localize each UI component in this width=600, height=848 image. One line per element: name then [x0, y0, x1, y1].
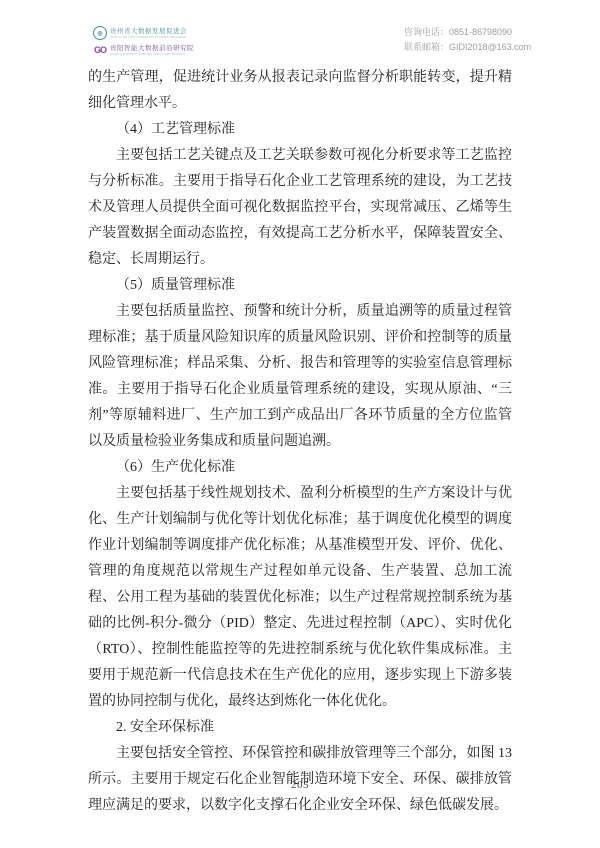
association-subtitle: Guizhou Big Data Development Promotion A…	[110, 35, 186, 39]
association-logo: ◎ 贵州省大数据发展促进会 Guizhou Big Data Developme…	[93, 26, 195, 40]
institute-logo: GO 贵阳智能大数据前沿研究院 Guiyang Institute of Sma…	[93, 43, 195, 57]
heading-quality-management: （5）质量管理标准	[88, 273, 512, 299]
contact-email: 联系邮箱：GIDI2018@163.com	[404, 40, 531, 55]
heading-safety-environment: 2. 安全环保标准	[88, 715, 512, 741]
paragraph-quality-management: 主要包括质量监控、预警和统计分析，质量追溯等的质量过程管理标准；基于质量风险知识…	[88, 299, 512, 455]
paragraph-process-management: 主要包括工艺关键点及工艺关联参数可视化分析要求等工艺监控与分析标准。主要用于指导…	[88, 143, 512, 273]
go-monogram-icon: GO	[93, 44, 107, 56]
contact-phone: 咨询电话：0851-86798090	[404, 25, 531, 40]
page-header: ◎ 贵州省大数据发展促进会 Guizhou Big Data Developme…	[0, 0, 600, 64]
page-number: 205	[0, 779, 600, 791]
institute-name: 贵阳智能大数据前沿研究院	[110, 45, 194, 52]
association-name: 贵州省大数据发展促进会	[110, 28, 195, 35]
document-body: 的生产管理，促进统计业务从报表记录向监督分析职能转变，提升精细化管理水平。 （4…	[88, 65, 512, 819]
association-emblem-icon: ◎	[93, 26, 107, 40]
logo-stack: ◎ 贵州省大数据发展促进会 Guizhou Big Data Developme…	[93, 26, 195, 57]
contact-info: 咨询电话：0851-86798090 联系邮箱：GIDI2018@163.com	[404, 25, 531, 55]
heading-process-management: （4）工艺管理标准	[88, 117, 512, 143]
paragraph-production-optimization: 主要包括基于线性规划技术、盈利分析模型的生产方案设计与优化、生产计划编制与优化等…	[88, 481, 512, 715]
institute-subtitle: Guiyang Institute of Smart Big Data Fron…	[110, 52, 186, 56]
paragraph-continuation: 的生产管理，促进统计业务从报表记录向监督分析职能转变，提升精细化管理水平。	[88, 65, 512, 117]
heading-production-optimization: （6）生产优化标准	[88, 455, 512, 481]
